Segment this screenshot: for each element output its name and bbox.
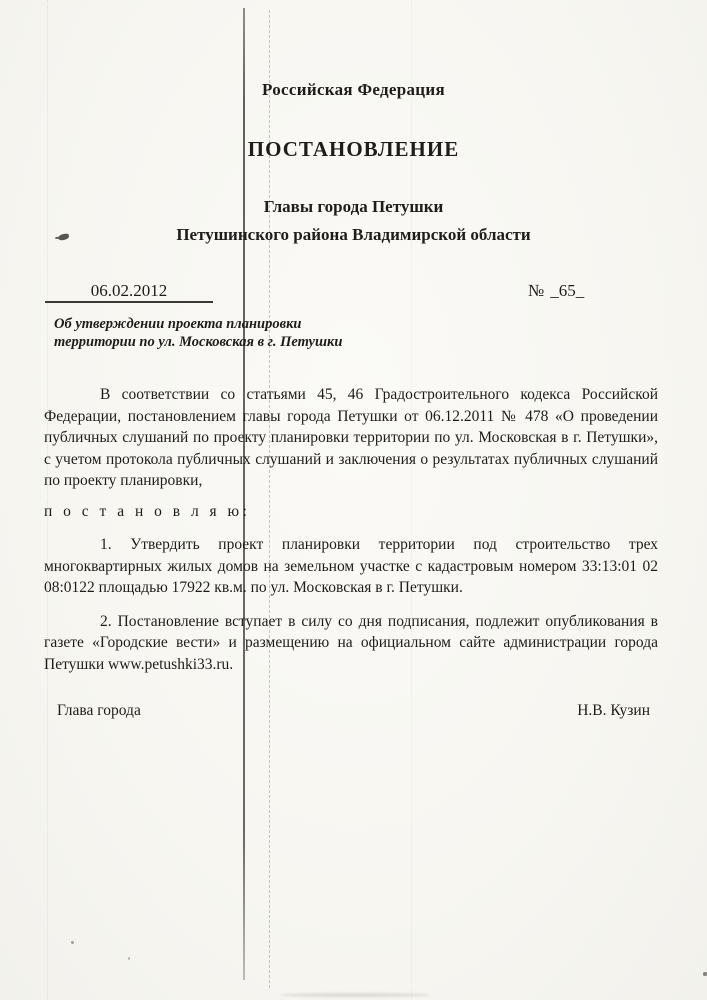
dust-speck (71, 941, 74, 944)
document-number: №_65_ (528, 281, 584, 301)
item-paragraph-2: 2. Постановление вступает в силу со дня … (44, 611, 658, 676)
document-type-title: ПОСТАНОВЛЕНИЕ (0, 137, 707, 162)
resolve-word: п о с т а н о в л я ю: (44, 501, 658, 523)
item-paragraph-1: 1. Утвердить проект планировки территори… (44, 534, 658, 599)
preamble-paragraph: В соответствии со статьями 45, 46 Градос… (44, 384, 658, 492)
document-body: В соответствии со статьями 45, 46 Градос… (44, 384, 658, 675)
dust-speck (703, 972, 707, 976)
bottom-smudge (280, 993, 430, 997)
number-value: _65_ (550, 281, 584, 300)
subject-line-2: территории по ул. Московская в г. Петушк… (54, 334, 342, 352)
country-title: Российская Федерация (0, 80, 707, 100)
signature-position: Глава города (57, 702, 141, 720)
date-field: 06.02.2012 (45, 281, 213, 303)
number-sign: № (528, 281, 544, 300)
date-value: 06.02.2012 (91, 281, 168, 300)
signature-row: Глава города Н.В. Кузин (57, 702, 650, 720)
subject-block: Об утверждении проекта планировки террит… (54, 316, 342, 351)
authority-line-1: Главы города Петушки (0, 197, 707, 217)
authority-line-2: Петушинского района Владимирской области (0, 225, 707, 245)
document-page: Российская Федерация ПОСТАНОВЛЕНИЕ Главы… (0, 0, 707, 1000)
subject-line-1: Об утверждении проекта планировки (54, 316, 342, 334)
signature-name: Н.В. Кузин (577, 702, 650, 720)
dust-speck (128, 957, 130, 960)
